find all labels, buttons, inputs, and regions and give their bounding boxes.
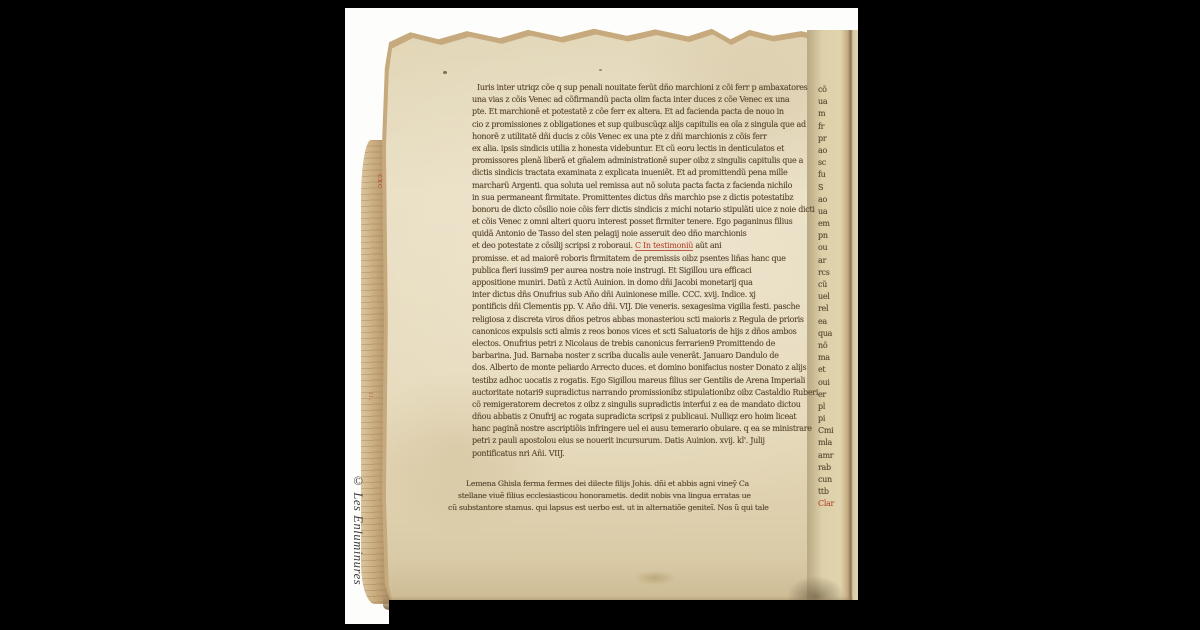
open-manuscript-book: cxc ıı. Iuris inter utriqz cõe q sup pen… [359,22,858,614]
manuscript-line: Iuris inter utriqz cõe q sup penali noui… [472,82,821,94]
manuscript-line: bonoru de dicto cõsilio noie cõis ferr d… [472,204,821,216]
ink-text: Iuris inter utriqz cõe q sup penali noui… [477,83,808,92]
facing-page-line-fragment: Clar [818,498,858,510]
manuscript-line: honorẽ z utilitatẽ dñi ducis z cõis Vene… [472,131,821,143]
page-background: { "background_color": "#000000", "waterm… [0,0,1200,630]
facing-page-line-fragment: cun [818,474,858,486]
parchment-speck [443,71,447,74]
facing-page-line-fragment: pl [818,401,858,413]
ink-text: rcs [818,268,830,277]
ink-text: fr [818,122,824,131]
manuscript-line: marcharũ Argenti. qua soluta uel remissa… [472,180,821,192]
ink-text: cio z promissiones z obligationes et sup… [472,120,806,129]
facing-page-line-fragment: er [818,389,858,401]
ink-text: Lemena Ghisla ferma fermes dei dilecte f… [466,479,749,488]
facing-page-line-fragment: rcs [818,267,858,279]
ink-text: aũt ani [693,241,721,250]
facing-page-line-fragment: sc [818,157,858,169]
ink-text: pontificis dñi Clementis pp. V. Año dñi.… [472,302,800,311]
ink-text: mla [818,438,832,447]
manuscript-line: pontificis dñi Clementis pp. V. Año dñi.… [472,301,821,313]
manuscript-line: testibz adhoc uocatis z rogatis. Ego Sig… [472,375,821,387]
facing-page-line-fragment: em [818,218,858,230]
ink-text: ma [818,353,830,362]
ink-text: hanc paginã nostre ascriptiõis infringer… [472,424,812,433]
ink-text: marcharũ Argenti. qua soluta uel remissa… [472,181,792,190]
facing-page-line-fragment: pi [818,413,858,425]
ink-text: pte. Et marchionẽ et potestatẽ z cõe fer… [472,107,784,116]
red-rubric-text: Clar [818,499,834,508]
ink-text: dictis sindicis tractata examinata z exp… [472,168,787,177]
facing-page-line-fragment: pn [818,230,858,242]
ink-text: testibz adhoc uocatis z rogatis. Ego Sig… [472,376,805,385]
facing-page-line-fragment: uel [818,291,858,303]
ink-text: m [818,109,825,118]
ink-text: cũ substantore stamus. qui lapsus est ue… [448,503,769,512]
facing-page-line-fragment: qua [818,328,858,340]
manuscript-line: dictis sindicis tractata examinata z exp… [472,167,821,179]
facing-page-line-fragment: ea [818,316,858,328]
ink-text: ttb [818,487,829,496]
manuscript-line: petri z pauli apostolou eius se nouerit … [472,435,821,447]
manuscript-photo: cxc ıı. Iuris inter utriqz cõe q sup pen… [345,8,858,624]
ink-text: bonoru de dicto cõsilio noie cõis ferr d… [472,205,815,214]
manuscript-line: appositione muniri. Datũ z Actũ Auinion.… [472,277,821,289]
ink-text: auctoritate notari9 supradictus narrando… [472,388,818,397]
ink-text: ar [818,256,826,265]
ink-text: Cmi [818,426,833,435]
ink-text: fu [818,170,826,179]
ink-text: pn [818,231,828,240]
facing-page-line-fragment: ua [818,206,858,218]
ink-text: et cõis Venec z omni alteri quoru intere… [472,217,792,226]
ink-text: quidã Antonio de Tasso del sten pelagij … [472,229,746,238]
ink-text: petri z pauli apostolou eius se nouerit … [472,436,765,445]
facing-page-line-fragment: ttb [818,486,858,498]
manuscript-line: auctoritate notari9 supradictus narrando… [472,387,821,399]
facing-page-line-fragment: oui [818,377,858,389]
facing-page-line-fragment: ar [818,255,858,267]
facing-page-line-fragment: S [818,182,858,194]
facing-page-line-fragment: ao [818,145,858,157]
facing-page-line-fragment: fu [818,169,858,181]
ink-text: nõ [818,341,827,350]
ink-text: dos. Alberto de monte peliardo Arrecto d… [472,363,806,372]
manuscript-line: inter dictus dñs Onufrius sub Año dñi Au… [472,289,821,301]
facing-page-line-fragment: ao [818,194,858,206]
ink-text: er [818,390,826,399]
manuscript-line: et cõis Venec z omni alteri quoru intere… [472,216,821,228]
ink-text: ua [818,207,827,216]
ink-text: pontificatus nri Añi. VIIJ. [472,449,564,458]
manuscript-line: canonicos expulsis scti almis z reos bon… [472,326,821,338]
ink-text: qua [818,329,832,338]
manuscript-line: promissores plenã liberã et gñalem admin… [472,155,821,167]
ink-text: appositione muniri. Datũ z Actũ Auinion.… [472,278,753,287]
ink-text: pl [818,402,825,411]
manuscript-line: pte. Et marchionẽ et potestatẽ z cõe fer… [472,106,821,118]
ink-text: electos. Onufrius petri z Nicolaus de tr… [472,339,775,348]
ink-text: ea [818,317,827,326]
manuscript-line: cio z promissiones z obligationes et sup… [472,119,821,131]
facing-page-line-fragment: pr [818,133,858,145]
facing-page-line-fragment: ua [818,96,858,108]
ink-text: amr [818,451,833,460]
manuscript-line: electos. Onufrius petri z Nicolaus de tr… [472,338,821,350]
facing-page-line-fragment: Cmi [818,425,858,437]
facing-page-line-fragment: cõ [818,84,858,96]
ink-text: S [818,183,823,192]
ink-text: sc [818,158,826,167]
colophon-line: cũ substantore stamus. qui lapsus est ue… [448,502,806,514]
ink-text: canonicos expulsis scti almis z reos bon… [472,327,797,336]
ink-text: barbarina. Jud. Barnaba noster z scriba … [472,351,779,360]
ink-text: cõ remigeratorem decretos z oibz z singu… [472,400,801,409]
facing-page-line-fragment: fr [818,121,858,133]
facing-page-line-fragment: ou [818,242,858,254]
ink-text: promisse. et ad maiorẽ roboris firmitate… [472,254,786,263]
ink-text: dñou abbatis z Onufrij ac rogata supradi… [472,412,796,421]
manuscript-line: dos. Alberto de monte peliardo Arrecto d… [472,362,821,374]
facing-page-line-fragment: nõ [818,340,858,352]
ink-text: ua [818,97,827,106]
facing-page-line-fragment: rel [818,303,858,315]
facing-page-line-fragment: amr [818,450,858,462]
ink-text: cũ [818,280,827,289]
facing-page-text-column: cõuamfrpraoscfuSaouaempnouarrcscũuelrele… [818,84,858,511]
facing-page-line-fragment: cũ [818,279,858,291]
manuscript-line: promisse. et ad maiorẽ roboris firmitate… [472,253,821,265]
parchment-stain [627,568,683,588]
ink-text: rab [818,463,831,472]
ink-text: pr [818,134,826,143]
colophon-text-block: Lemena Ghisla ferma fermes dei dilecte f… [448,478,806,515]
ink-text: religiosa z discreta viros dños petros a… [472,315,804,324]
manuscript-line: ex alia. ipsis sindicis utilia z honesta… [472,143,821,155]
manuscript-line: cõ remigeratorem decretos z oibz z singu… [472,399,821,411]
manuscript-line: publica fieri iussim9 per aurea nostra n… [472,265,821,277]
manuscript-line: in sua permaneant firmitate. Promittente… [472,192,821,204]
colophon-line: Lemena Ghisla ferma fermes dei dilecte f… [448,478,806,490]
facing-page-line-fragment: mla [818,437,858,449]
fore-edge-red-ink-mark: ıı. [367,392,375,402]
ink-text: in sua permaneant firmitate. Promittente… [472,193,793,202]
manuscript-line: barbarina. Jud. Barnaba noster z scriba … [472,350,821,362]
ink-text: cun [818,475,832,484]
main-text-block: Iuris inter utriqz cõe q sup penali noui… [472,82,821,460]
facing-page-line-fragment: rab [818,462,858,474]
ink-text: cõ [818,85,827,94]
manuscript-line: dñou abbatis z Onufrij ac rogata supradi… [472,411,821,423]
ink-text: ou [818,243,827,252]
ink-text: promissores plenã liberã et gñalem admin… [472,156,803,165]
ink-text: una vias z cõis Venec ad cõfirmandũ pact… [472,95,789,104]
manuscript-line: religiosa z discreta viros dños petros a… [472,314,821,326]
ink-text: uel [818,292,830,301]
manuscript-line: pontificatus nri Añi. VIIJ. [472,448,821,460]
parchment-speck [599,69,602,71]
ink-text: inter dictus dñs Onufrius sub Año dñi Au… [472,290,756,299]
ink-text: pi [818,414,825,423]
ink-text: et deo potestate z cõsilij scripsi z rob… [472,241,635,250]
ink-text: ao [818,195,827,204]
manuscript-line: hanc paginã nostre ascriptiõis infringer… [472,423,821,435]
ink-text: ao [818,146,827,155]
ink-text: em [818,219,830,228]
ink-text: publica fieri iussim9 per aurea nostra n… [472,266,752,275]
ink-text: oui [818,378,830,387]
facing-page-line-fragment: et [818,364,858,376]
ink-text: stellane viuẽ filius ecclesiasticou hono… [458,491,751,500]
facing-page-line-fragment: m [818,108,858,120]
ink-text: honorẽ z utilitatẽ dñi ducis z cõis Vene… [472,132,767,141]
photo-crop-mask [389,600,858,624]
facing-page-line-fragment: ma [818,352,858,364]
manuscript-line: quidã Antonio de Tasso del sten pelagij … [472,228,821,240]
ink-text: rel [818,304,828,313]
manuscript-line: una vias z cõis Venec ad cõfirmandũ pact… [472,94,821,106]
ink-text: et [818,365,825,374]
copyright-watermark: © Les Enluminures [343,474,365,614]
ink-text: ex alia. ipsis sindicis utilia z honesta… [472,144,784,153]
manuscript-line: et deo potestate z cõsilij scripsi z rob… [472,240,821,252]
red-rubric-text: C In testimoniũ [635,241,693,251]
colophon-line: stellane viuẽ filius ecclesiasticou hono… [448,490,806,502]
